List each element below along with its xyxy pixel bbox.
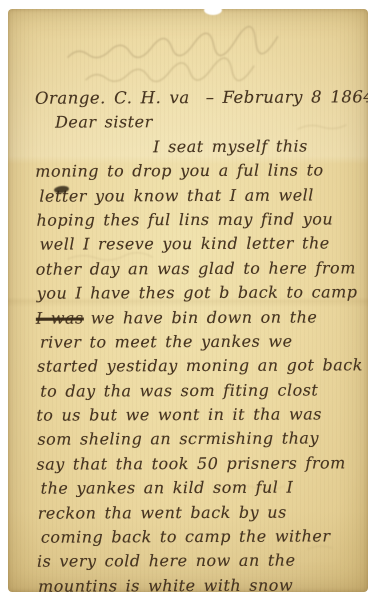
heading-date: February 8 1864 — [222, 85, 368, 110]
letter-line: coming back to camp the wither — [41, 524, 359, 550]
letter-line: say that tha took 50 prisners from — [36, 451, 358, 477]
letter-line: letter you know that I am well — [39, 183, 357, 209]
letter-line: is very cold here now an the — [37, 549, 359, 575]
heading-dash: – — [206, 86, 215, 110]
letter-line: moning to drop you a ful lins to — [35, 158, 357, 184]
letter-line: well I reseve you kind letter the — [40, 232, 358, 258]
letter-heading: Orange. C. H. va – February 8 1864 — [35, 85, 357, 111]
letter-content: Orange. C. H. va – February 8 1864 Dear … — [35, 85, 359, 592]
letter-paper: Orange. C. H. va – February 8 1864 Dear … — [8, 9, 368, 592]
letter-line: the yankes an kild som ful I — [41, 476, 359, 502]
letter-opening-line: I seat myself this — [153, 134, 357, 159]
letter-line: started yestiday moning an got back — [37, 354, 358, 380]
letter-line: other day an was glad to here from — [36, 256, 358, 282]
struck-out-words: I was — [36, 308, 84, 327]
letter-line: mountins is white with snow — [38, 573, 359, 592]
letter-line: we have bin down on the — [91, 307, 318, 327]
letter-line-with-strikeout: I waswe have bin down on the — [36, 305, 358, 331]
letter-body: moning to drop you a ful lins to letter … — [35, 158, 359, 592]
letter-salutation: Dear sister — [55, 110, 357, 136]
letter-line: to us but we wont in it tha was — [36, 402, 358, 428]
letter-line: you I have thes got b back to camp — [37, 280, 358, 306]
letter-line: hoping thes ful lins may find you — [36, 207, 357, 233]
scanned-letter: Orange. C. H. va – February 8 1864 Dear … — [0, 0, 376, 599]
letter-line: river to meet the yankes we — [40, 329, 358, 355]
heading-place: Orange. C. H. va — [35, 86, 190, 111]
letter-line: reckon tha went back by us — [38, 500, 359, 526]
letter-line: som sheling an scrmishing thay — [37, 427, 358, 453]
letter-line: to day tha was som fiting clost — [40, 378, 358, 404]
